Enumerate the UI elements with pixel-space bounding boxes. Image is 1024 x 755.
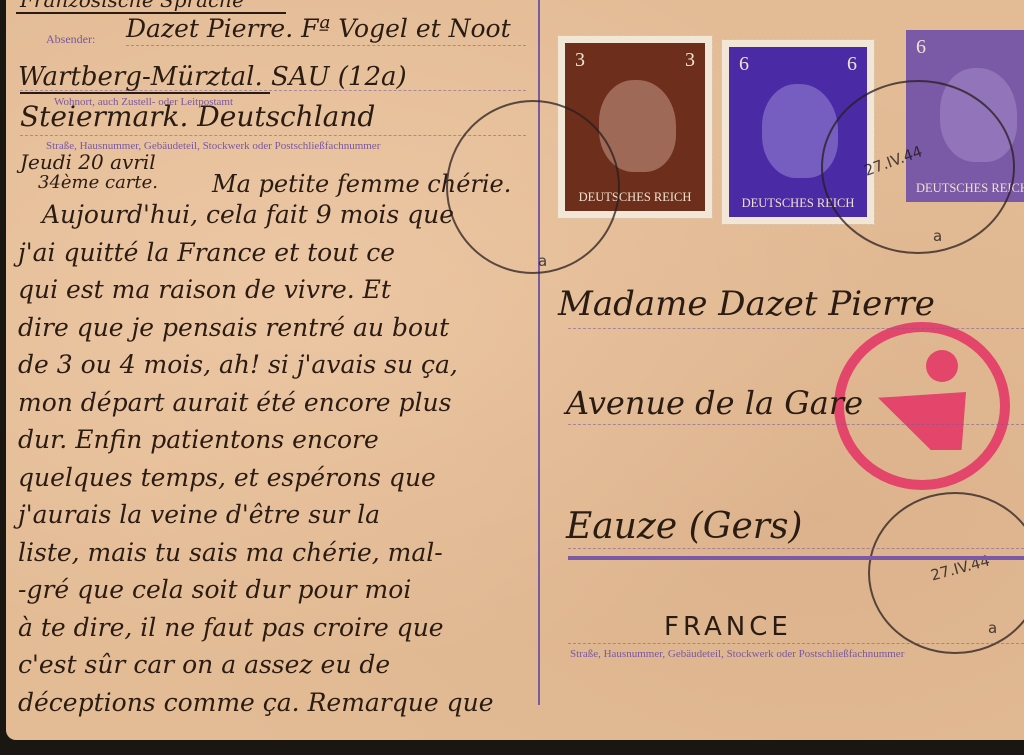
message-line: Aujourd'hui, cela fait 9 mois que (42, 200, 454, 229)
postmark-code: a (538, 252, 547, 270)
message-date: Jeudi 20 avril (20, 150, 156, 174)
sender-town-underline (20, 92, 270, 94)
message-card-number: 34ème carte. (38, 172, 158, 193)
sender-dotline-3 (20, 135, 526, 136)
message-line: qui est ma raison de vivre. Et (18, 275, 391, 304)
sender-dotline-2 (20, 90, 526, 91)
stamp-value: 3 (685, 49, 695, 72)
postmark-left: a (446, 100, 620, 274)
recipient-dotline-2 (568, 424, 1024, 425)
message-line: liste, mais tu sais ma chérie, mal- (18, 538, 443, 567)
message-line: j'ai quitté la France et tout ce (18, 238, 395, 267)
recipient-dotline-3 (568, 548, 1024, 549)
stamp-value: 6 (916, 36, 926, 59)
sender-name: Dazet Pierre. Fª Vogel et Noot (126, 14, 511, 43)
recipient-name: Madame Dazet Pierre (558, 284, 935, 324)
message-line: de 3 ou 4 mois, ah! si j'avais su ça, (18, 350, 458, 379)
message-line: déceptions comme ça. Remarque que (18, 688, 494, 717)
recipient-street-label: Straße, Hausnummer, Gebäudeteil, Stockwe… (570, 648, 904, 660)
postmark-bottom: 27.IV.44 a (868, 492, 1024, 654)
sender-town: Wartberg-Mürztal. SAU (12a) (18, 62, 407, 92)
message-line: à te dire, il ne faut pas croire que (18, 613, 444, 642)
sender-dotline-1 (126, 45, 526, 46)
message-line: mon départ aurait été encore plus (18, 388, 451, 417)
postmark-date: 27.IV.44 (862, 142, 925, 180)
sender-region: Steiermark. Deutschland (20, 100, 375, 133)
message-line: j'aurais la veine d'être sur la (18, 500, 380, 529)
postcard: Französische Sprache Absender: Dazet Pie… (6, 0, 1024, 740)
stamp-value: 6 (739, 53, 749, 76)
city-underline-bar (568, 556, 1024, 560)
postmark-code: a (933, 227, 942, 245)
message-line: -gré que cela soit dur pour moi (18, 575, 411, 604)
censor-mark-body (878, 392, 966, 450)
message-line: dire que je pensais rentré au bout (18, 313, 449, 342)
message-line: quelques temps, et espérons que (18, 463, 436, 492)
recipient-country: FRANCE (664, 612, 792, 642)
recipient-city: Eauze (Gers) (566, 506, 802, 547)
recipient-dotline-4 (568, 643, 1024, 644)
recipient-street: Avenue de la Gare (566, 384, 863, 422)
stamp-value: 3 (575, 49, 585, 72)
message-line: c'est sûr car on a assez eu de (18, 650, 390, 679)
censor-mark-dot (926, 350, 958, 382)
message-line: dur. Enfin patientons encore (18, 425, 379, 454)
stamp-value: 6 (847, 53, 857, 76)
recipient-dotline-1 (568, 328, 1024, 329)
sender-label: Absender: (46, 32, 95, 47)
postmark-code: a (988, 619, 997, 637)
top-note: Französische Sprache (20, 0, 244, 12)
postmark-right: 27.IV.44 a (821, 80, 1015, 254)
